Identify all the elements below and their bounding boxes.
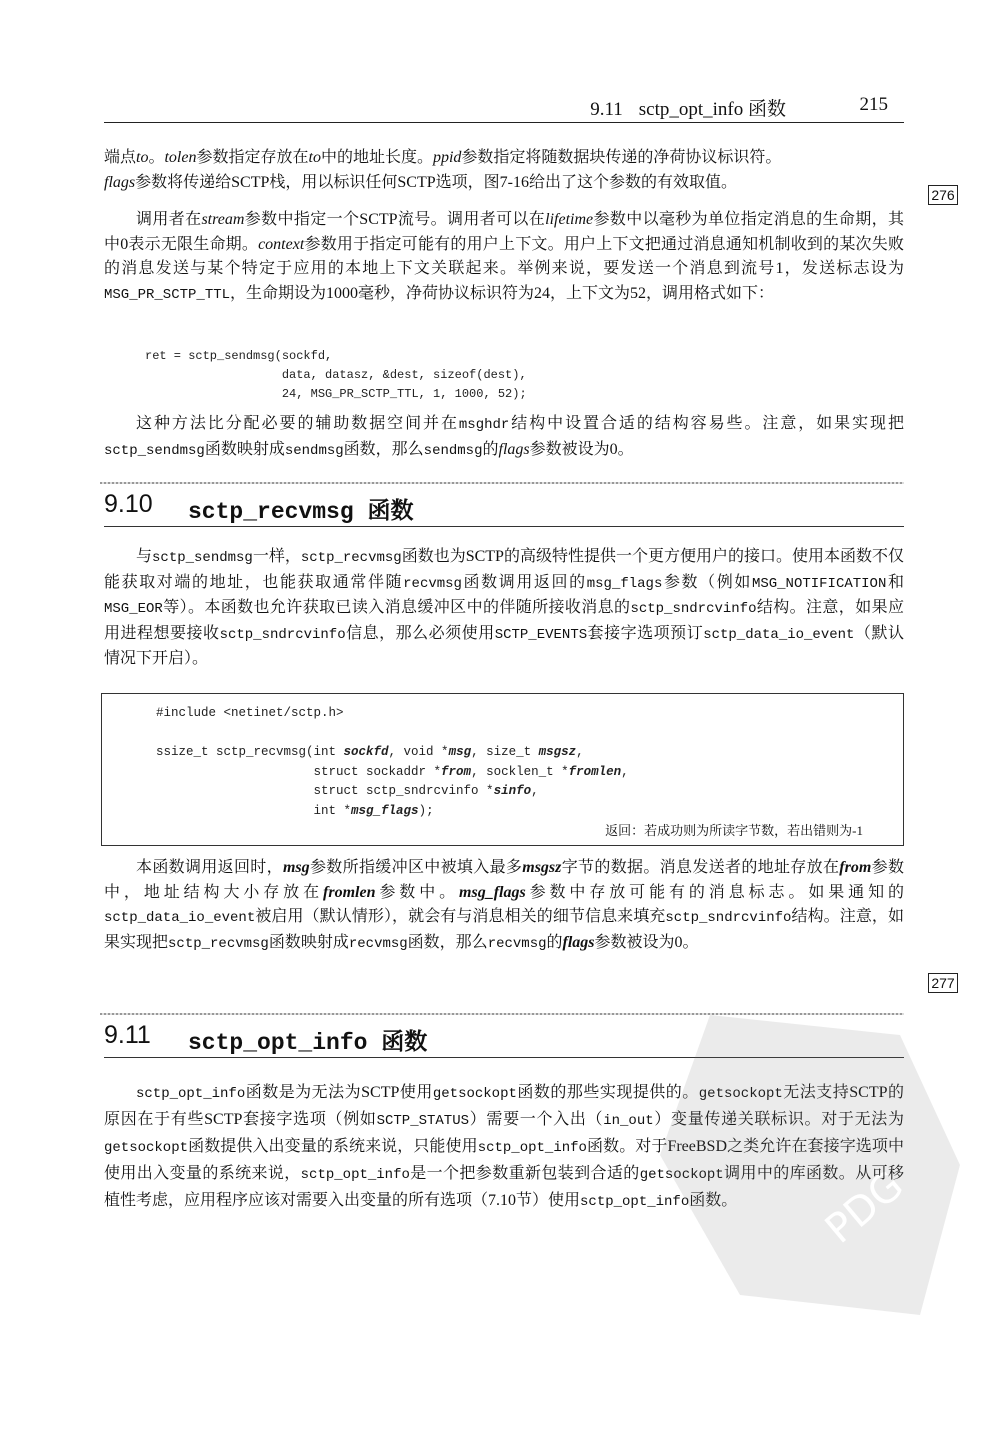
emphasis: fromlen [569,765,622,779]
inline-code: getsockopt [104,1140,188,1156]
text-run: , socklen_t * [471,765,569,779]
text-run: 是一个把参数重新包装到合适的 [410,1165,640,1182]
inline-code: sctp_opt_info [478,1140,587,1156]
emphasis: to [309,149,321,166]
section-title-code: sctp_recvmsg [188,499,354,525]
prototype-line: ssize_t sctp_recvmsg(int sockfd, void *m… [156,743,629,763]
text-run: , [576,745,584,759]
text-line: 端点to。tolen参数指定存放在to中的地址长度。ppid参数指定将随数据块传… [104,146,904,171]
text-run: 参数将传递给SCTP栈，用以标识任何SCTP选项，图7-16给出了这个参数的有效… [135,174,737,191]
text-run: ssize_t sctp_recvmsg(int [156,745,344,759]
text-run: 的 [547,934,563,951]
book-page: 9.11sctp_opt_info 函数 215 端点to。tolen参数指定存… [0,0,983,1447]
text-run: 参数所指缓冲区中被填入最多 [310,859,523,876]
paragraph-stream-lifetime: 调用者在stream参数中指定一个SCTP流号。调用者可以在lifetime参数… [104,208,904,307]
inline-code: sctp_recvmsg [301,550,402,566]
text-run: 参数中指定一个SCTP流号。调用者可以在 [244,211,545,228]
emphasis: sinfo [494,784,532,798]
emphasis: ppid [433,149,461,166]
header-section-number: 9.11 [590,99,623,120]
paragraph-continuation: 端点to。tolen参数指定存放在to中的地址长度。ppid参数指定将随数据块传… [104,146,904,195]
text-run: 函数提供入出变量的系统来说，只能使用 [188,1138,478,1155]
text-run: 字节的数据。消息发送者的地址存放在 [561,859,839,876]
text-run: struct sctp_sndrcvinfo * [156,784,494,798]
emphasis: sockfd [344,745,389,759]
emphasis: flags [563,934,595,951]
page-number: 215 [860,94,889,116]
text-run: 的 [482,441,498,458]
section-title: sctp_opt_info 函数 [188,1023,427,1056]
emphasis: fromlen [323,884,375,901]
emphasis: from [839,859,871,876]
emphasis: from [441,765,471,779]
text-run: 函数调用返回的 [462,574,587,591]
text-run: 参数指定将随数据块传递的净荷协议标识符。 [461,149,781,166]
margin-page-ref: 277 [928,973,958,993]
emphasis: flags [104,174,135,191]
emphasis: lifetime [545,211,593,228]
text-run: ）需要一个入出（ [469,1111,603,1128]
inline-code: sctp_sendmsg [104,443,205,459]
text-run: 函数。 [689,1192,737,1209]
inline-code: sendmsg [285,443,344,459]
text-run: 。 [148,149,164,166]
inline-code: recvmsg [488,936,547,952]
text-run: , [621,765,629,779]
inline-code: msghdr [459,417,509,433]
text-run: 与 [136,548,152,565]
inline-code: sctp_opt_info [136,1086,245,1102]
emphasis: msg_flags [459,884,526,901]
inline-code: recvmsg [403,576,462,592]
text-run: 被启用（默认情形），就会有与消息相关的细节信息来填充 [255,908,665,925]
inline-code: getsockopt [640,1167,724,1183]
running-header-section: 9.11sctp_opt_info 函数 [590,94,786,121]
inline-code: sendmsg [424,443,483,459]
inline-code: sctp_opt_info [301,1167,410,1183]
text-run: 一样， [253,548,301,565]
emphasis: msg_flags [351,804,419,818]
inline-code: sctp_data_io_event [104,910,255,926]
paragraph-msghdr-note: 这种方法比分配必要的辅助数据空间并在msghdr结构中设置合适的结构容易些。注意… [104,412,904,463]
section-title: sctp_recvmsg 函数 [188,492,413,525]
text-run: 函数的那些实现提供的。 [517,1084,699,1101]
text-run: 参数被设为0。 [595,934,699,951]
text-run: 参数指定存放在 [196,149,308,166]
section-number: 9.10 [104,490,153,519]
text-run: 函数，那么 [408,934,488,951]
inline-code: sctp_sndrcvinfo [665,910,791,926]
text-run: 信息，那么必须使用 [346,625,495,642]
text-run: 函数，那么 [344,441,424,458]
inline-code: sctp_opt_info [580,1194,689,1210]
emphasis: tolen [164,149,196,166]
text-run: ，生命期设为1000毫秒，净荷协议标识符为24，上下文为52，调用格式如下： [230,285,774,302]
code-example-sendmsg: ret = sctp_sendmsg(sockfd, data, datasz,… [145,347,527,404]
return-value-note: 返回：若成功则为所读字节数，若出错则为-1 [605,820,863,839]
inline-code: sctp_recvmsg [168,936,269,952]
prototype-code: #include <netinet/sctp.h> ssize_t sctp_r… [156,704,629,821]
inline-code: getsockopt [699,1086,783,1102]
emphasis: flags [499,441,530,458]
text-line: flags参数将传递给SCTP栈，用以标识任何SCTP选项，图7-16给出了这个… [104,171,904,196]
inline-code: sctp_data_io_event [703,627,854,643]
inline-code: recvmsg [349,936,408,952]
include-line: #include <netinet/sctp.h> [156,704,629,724]
margin-page-ref: 276 [928,185,958,205]
emphasis: msgsz [522,859,561,876]
function-prototype-box: #include <netinet/sctp.h> ssize_t sctp_r… [101,693,904,846]
text-run: 结构中设置合适的结构容易些。注意，如果实现把 [509,415,904,432]
text-run: 参数（例如 [662,574,752,591]
text-run: 这种方法比分配必要的辅助数据空间并在 [136,415,459,432]
text-run: 参数被设为0。 [530,441,634,458]
text-run: 函数映射成 [269,934,349,951]
section-heading-9-10: 9.10 sctp_recvmsg 函数 [104,488,904,527]
inline-code: MSG_EOR [104,601,163,617]
emphasis: context [258,236,304,253]
text-run: 本函数调用返回时， [136,859,283,876]
text-run: , [531,784,539,798]
emphasis: msg [283,859,310,876]
inline-code: sctp_sndrcvinfo [630,601,756,617]
paragraph-recvmsg-intro: 与sctp_sendmsg一样，sctp_recvmsg函数也为SCTP的高级特… [104,545,904,672]
text-run: 调用者在 [136,211,201,228]
inline-code: in_out [603,1113,653,1129]
text-run: struct sockaddr * [156,765,441,779]
text-run: 端点 [104,149,136,166]
text-run: 函数是为无法为SCTP使用 [245,1084,433,1101]
text-run: 参数中。 [375,884,459,901]
section-number: 9.11 [104,1021,151,1050]
text-run: 参数中存放可能有的消息标志。如果通知的 [526,884,904,901]
inline-code: sctp_sendmsg [152,550,253,566]
paragraph-recvmsg-return: 本函数调用返回时，msg参数所指缓冲区中被填入最多msgsz字节的数据。消息发送… [104,856,904,956]
inline-code: MSG_PR_SCTP_TTL [104,287,230,303]
section-title-code: sctp_opt_info [188,1030,367,1056]
section-title-zh: 函数 [367,498,413,524]
text-run: , size_t [471,745,539,759]
text-run: 套接字选项预订 [587,625,703,642]
inline-code: sctp_sndrcvinfo [220,627,346,643]
inline-code: SCTP_STATUS [377,1113,469,1129]
inline-code: MSG_NOTIFICATION [752,576,886,592]
emphasis: stream [201,211,244,228]
text-run: ); [419,804,434,818]
section-title-zh: 函数 [381,1029,427,1055]
inline-code: SCTP_EVENTS [495,627,587,643]
text-run: 函数映射成 [205,441,285,458]
text-run: int * [156,804,351,818]
text-run: 等）。本函数也允许获取已读入消息缓冲区中的伴随所接收消息的 [163,599,631,616]
inline-code: msg_flags [587,576,663,592]
text-run: , void * [389,745,449,759]
prototype-line: struct sockaddr *from, socklen_t *fromle… [156,763,629,783]
paragraph-opt-info: sctp_opt_info函数是为无法为SCTP使用getsockopt函数的那… [104,1080,904,1215]
section-heading-9-11: 9.11 sctp_opt_info 函数 [104,1019,904,1058]
text-run: 和 [886,574,904,591]
inline-code: getsockopt [433,1086,517,1102]
running-header: 9.11sctp_opt_info 函数 215 [104,92,904,123]
prototype-line: struct sctp_sndrcvinfo *sinfo, [156,782,629,802]
text-run: ）变量传递关联标识。对于无法为 [654,1111,904,1128]
prototype-line: int *msg_flags); [156,802,629,822]
emphasis: to [136,149,148,166]
emphasis: msg [449,745,472,759]
emphasis: msgsz [539,745,577,759]
header-section-title: sctp_opt_info 函数 [639,99,786,120]
text-run: 中的地址长度。 [321,149,433,166]
